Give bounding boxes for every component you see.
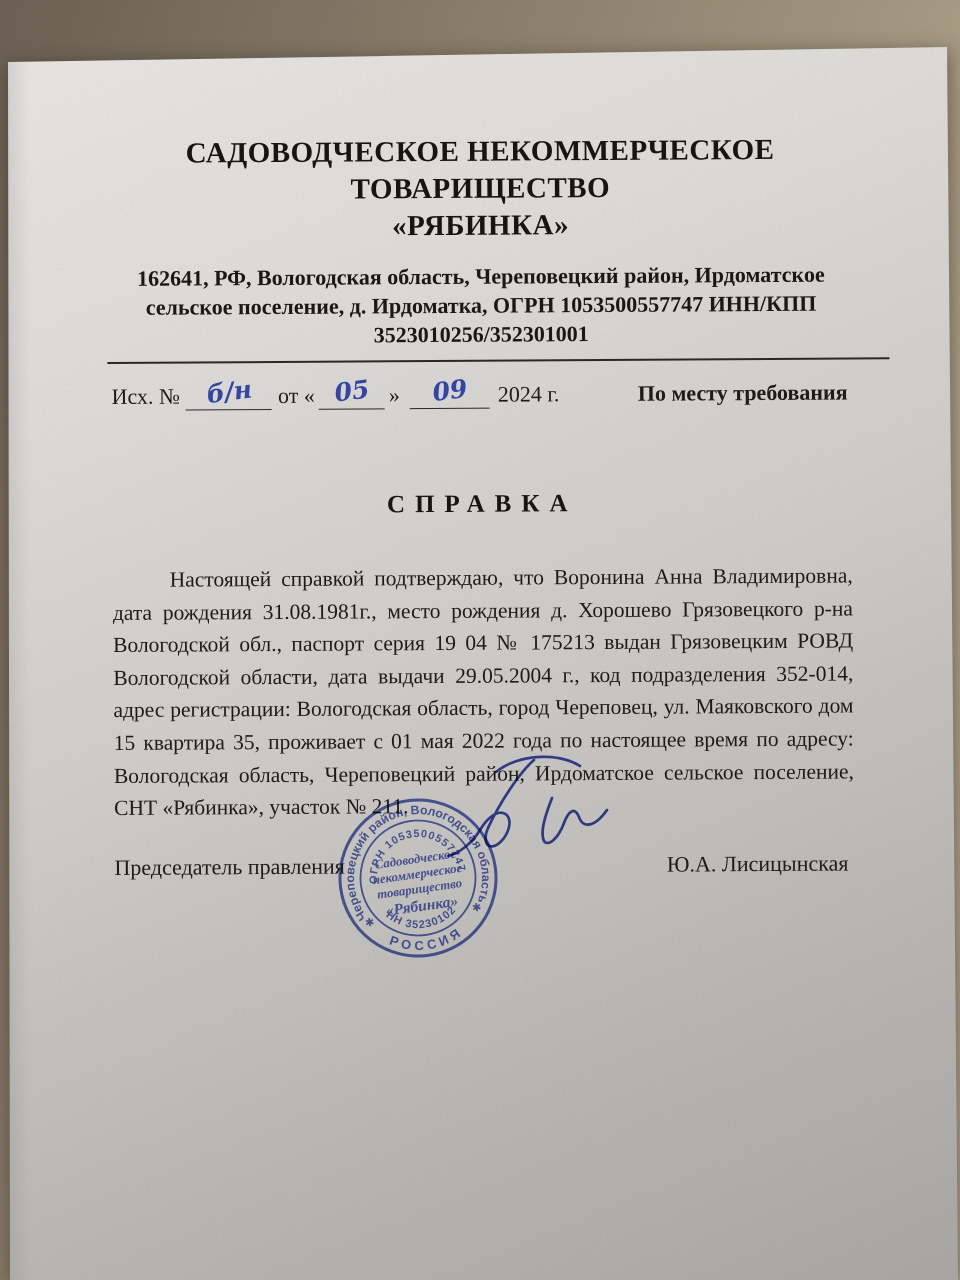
stamp-inner-circle <box>353 813 483 943</box>
stamp-star-left-icon: ✱ <box>364 917 375 930</box>
stamp-country-text: РОССИЯ <box>386 923 468 958</box>
signer-name: Ю.А. Лисицынская <box>667 850 849 877</box>
svg-text:РОССИЯ: РОССИЯ <box>386 923 468 958</box>
org-name-line2: «РЯБИНКА» <box>110 205 850 247</box>
stamp-center-line1: Садоводческое <box>374 847 457 872</box>
svg-text:ОГРН 1053500557747: ОГРН 1053500557747 <box>361 821 467 885</box>
day-value: 05 <box>333 374 371 407</box>
org-address-line1: 162641, РФ, Вологодская область, Черепов… <box>111 259 851 293</box>
photo-background: САДОВОДЧЕСКОЕ НЕКОММЕРЧЕСКОЕ ТОВАРИЩЕСТВ… <box>0 0 960 1280</box>
body-paragraph: Настоящей справкой подтверждаю, что Воро… <box>113 559 855 824</box>
org-address: 162641, РФ, Вологодская область, Черепов… <box>111 259 852 351</box>
org-address-line3: 3523010256/352301001 <box>111 317 851 351</box>
stamp-outer-circle <box>330 790 506 966</box>
outgoing-number-blank: б/н <box>186 380 272 411</box>
stamp-center-line4: «Рябинка» <box>385 893 459 920</box>
quote-close: » <box>389 382 400 408</box>
handwritten-signature <box>438 748 613 863</box>
signature-stroke-second <box>543 798 607 843</box>
org-name: САДОВОДЧЕСКОЕ НЕКОММЕРЧЕСКОЕ ТОВАРИЩЕСТВ… <box>110 131 851 247</box>
document-title: СПРАВКА <box>112 488 852 521</box>
stamp-inn-text: ИНН 3523010256 <box>318 778 461 945</box>
svg-text:Череповецкий район, Вологодска: Череповецкий район, Вологодская область <box>333 793 497 925</box>
year-label: 2024 г. <box>498 381 560 407</box>
signer-role: Председатель правления <box>114 853 345 880</box>
paper-shadow: САДОВОДЧЕСКОЕ НЕКОММЕРЧЕСКОЕ ТОВАРИЩЕСТВ… <box>0 0 960 1280</box>
month-blank: 09 <box>410 379 490 409</box>
org-address-line2: сельское поселение, д. Ирдоматка, ОГРН 1… <box>111 288 851 322</box>
stamp-center-line2: некоммерческое <box>372 861 464 887</box>
signature-stroke-topbar <box>496 757 580 772</box>
reference-line: Исх. № б/н от « 05 » 09 2024 г. По месту… <box>111 376 851 411</box>
outgoing-number-label: Исх. № <box>112 384 181 410</box>
stamp-star-right-icon: ✱ <box>471 902 482 915</box>
stamp-ogrn-text: ОГРН 1053500557747 <box>361 821 467 885</box>
outgoing-number-value: б/н <box>205 374 254 409</box>
stamp-district-text: Череповецкий район, Вологодская область <box>333 793 497 925</box>
stamp-center-line3: товарищество <box>376 876 463 902</box>
month-value: 09 <box>431 374 469 407</box>
signature-row: Председатель правления Ю.А. Лисицынская <box>114 850 854 881</box>
day-blank: 05 <box>319 379 385 409</box>
signature-stroke-main <box>448 760 534 856</box>
reference-fields: Исх. № б/н от « 05 » 09 2024 г. <box>111 378 559 411</box>
svg-text:ИНН 3523010256: ИНН 3523010256 <box>318 778 461 945</box>
round-stamp: Череповецкий район, Вологодская область … <box>318 778 518 978</box>
header-divider <box>107 357 889 364</box>
document-content: САДОВОДЧЕСКОЕ НЕКОММЕРЧЕСКОЕ ТОВАРИЩЕСТВ… <box>110 131 855 880</box>
from-label: от « <box>278 383 315 409</box>
org-name-line1: САДОВОДЧЕСКОЕ НЕКОММЕРЧЕСКОЕ ТОВАРИЩЕСТВ… <box>110 131 850 210</box>
recipient-label: По месту требования <box>638 379 848 406</box>
document-paper: САДОВОДЧЕСКОЕ НЕКОММЕРЧЕСКОЕ ТОВАРИЩЕСТВ… <box>0 0 960 1280</box>
